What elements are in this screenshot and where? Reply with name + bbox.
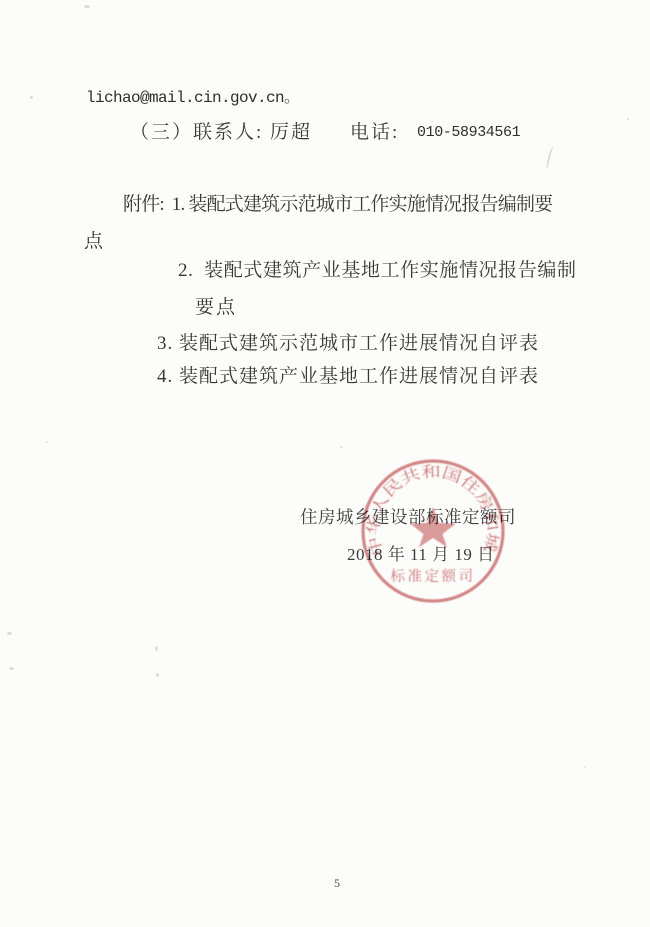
attachment-line-3: 3. 装配式建筑示范城市工作进展情况自评表 <box>157 333 539 355</box>
email-line: lichao@mail.cin.gov.cn。 <box>86 89 299 107</box>
scan-speck <box>9 667 14 670</box>
contact-line: （三）联系人: 厉超 <box>130 122 312 144</box>
phone-number: 010-58934561 <box>417 124 520 141</box>
attachment-line-1: 附件: 1. 装配式建筑示范城市工作实施情况报告编制要 <box>123 194 552 216</box>
page-number: 5 <box>334 876 340 891</box>
scan-speck <box>156 673 159 677</box>
document-page: lichao@mail.cin.gov.cn。 （三）联系人: 厉超 电话: 0… <box>0 0 650 927</box>
scan-speck <box>7 632 12 635</box>
official-seal: 中华人民共和国住房和城乡建设部 标准定额司 <box>353 451 513 611</box>
scan-scratch <box>545 146 556 170</box>
seal-star-icon <box>410 507 456 547</box>
attachment-line-4: 4. 装配式建筑产业基地工作进展情况自评表 <box>157 366 539 388</box>
attachment-line-2: 2. 装配式建筑产业基地工作实施情况报告编制 <box>178 260 577 282</box>
seal-inner-text: 标准定额司 <box>391 568 476 585</box>
scan-speck <box>84 5 90 8</box>
scan-speck <box>627 118 629 120</box>
scan-speck <box>46 441 48 443</box>
phone-label: 电话: <box>350 122 399 144</box>
scan-speck <box>30 96 33 99</box>
attachment-line-1-continuation: 点 <box>84 231 103 253</box>
attachment-line-2-continuation: 要点 <box>195 297 237 319</box>
scan-speck <box>340 446 343 448</box>
scan-speck <box>155 646 158 651</box>
scan-speck <box>584 766 586 768</box>
